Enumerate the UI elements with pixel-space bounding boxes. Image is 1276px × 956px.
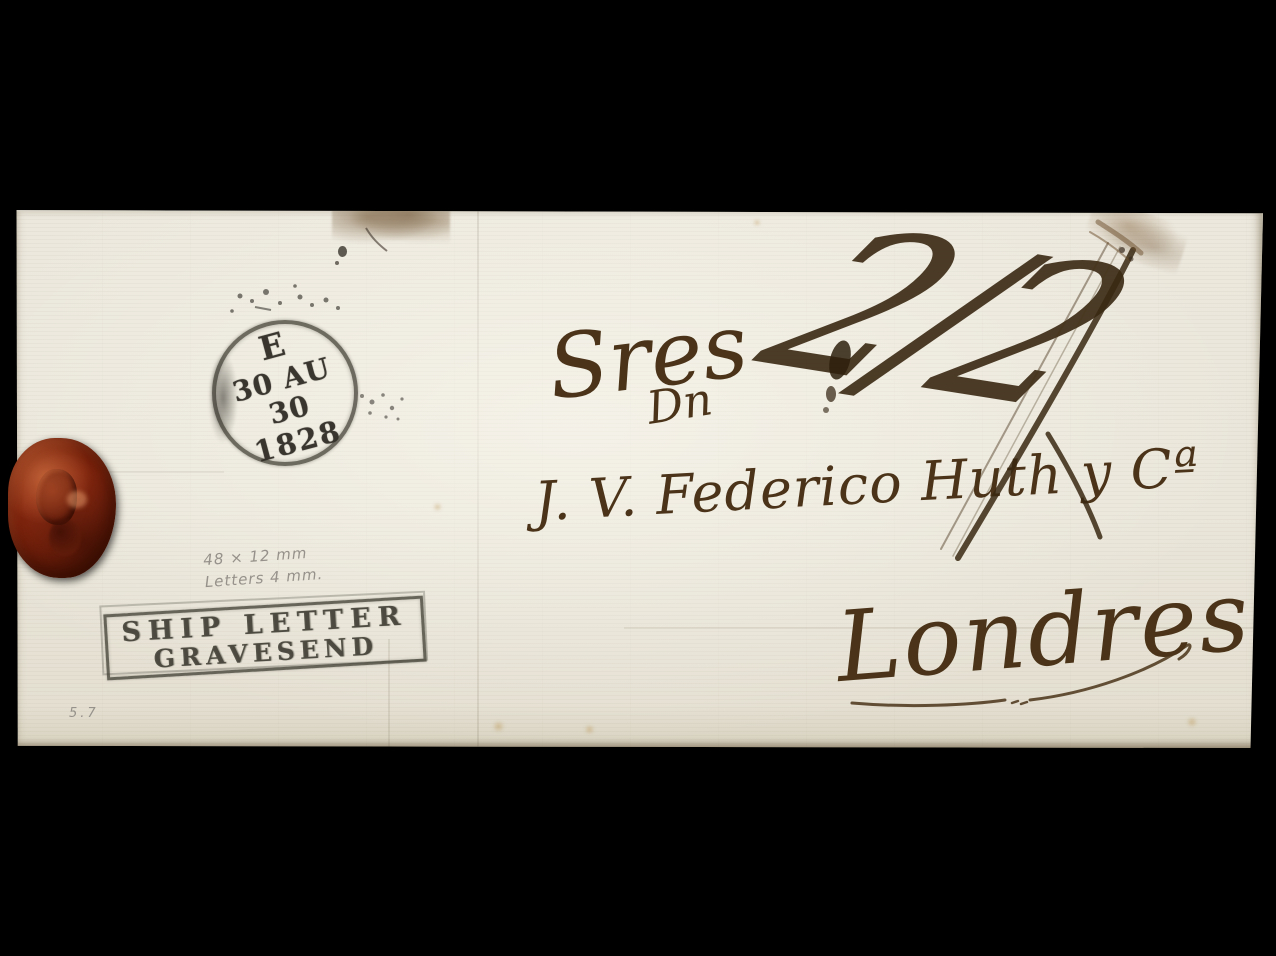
foxing-spot <box>584 725 595 734</box>
addressee-line: J. V. Federico Huth y Cª <box>533 436 1201 534</box>
datestamp-text: E 30 AU 30 1828 <box>201 311 368 474</box>
arrival-datestamp: E 30 AU 30 1828 <box>212 320 358 466</box>
wax-seal <box>8 438 116 578</box>
ship-letter-handstamp: SHIP LETTER GRAVESEND <box>103 596 426 681</box>
foxing-spot <box>433 503 442 511</box>
pencil-size-note: 48 × 12 mm Letters 4 mm. <box>203 542 324 594</box>
letter-cover: E 30 AU 30 1828 SHIP LETTER GRAVESEND 48… <box>14 209 1263 748</box>
wax-seal-shadow-lump <box>49 519 81 555</box>
address-salutation-abbr: Dn <box>643 372 716 435</box>
handstamp-double-strike <box>99 591 428 676</box>
destination-city: Londres <box>832 559 1255 704</box>
photo-stage: E 30 AU 30 1828 SHIP LETTER GRAVESEND 48… <box>0 0 1276 956</box>
ink-blot-small <box>338 246 347 257</box>
foxing-spot <box>492 721 505 732</box>
stain-top-center <box>332 209 450 249</box>
foxing-spot <box>1186 717 1198 727</box>
wax-seal-highlight <box>67 491 86 508</box>
ink-dot-small <box>335 261 339 265</box>
manuscript-rate-marking: 2/2 <box>730 205 1154 435</box>
pencil-reference-number: 5.7 <box>69 706 99 721</box>
foxing-spot <box>753 219 761 226</box>
fold-crease-vertical <box>477 209 479 748</box>
